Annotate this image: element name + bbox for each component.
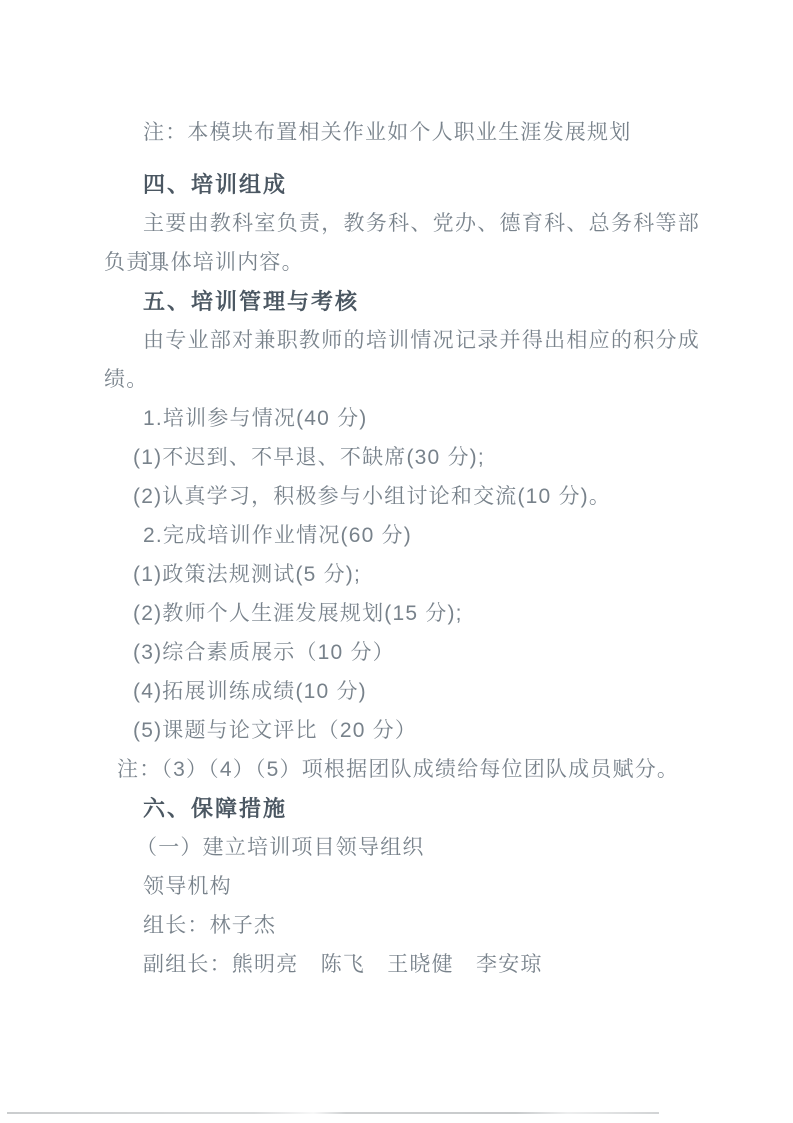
section-heading-4-training-composition: 四、培训组成: [104, 165, 700, 204]
paragraph-line-records-1: 由专业部对兼职教师的培训情况记录并得出相应的积分成: [104, 321, 700, 360]
subitem-2-2-career-plan: (2)教师个人生涯发展规划(15 分);: [104, 594, 700, 633]
paragraph-line-departments-1: 主要由教科室负责，教务科、党办、德育科、总务科等部门: [104, 204, 700, 243]
line-group-leader: 组长：林子杰: [104, 906, 700, 945]
subitem-1-1-attendance: (1)不迟到、不早退、不缺席(30 分);: [104, 438, 700, 477]
note-line-team-score: 注：（3）（4）（5）项根据团队成绩给每位团队成员赋分。: [104, 750, 700, 789]
paragraph-line-records-2: 绩。: [104, 360, 700, 399]
subitem-2-3-quality-show: (3)综合素质展示（10 分）: [104, 633, 700, 672]
subitem-2-4-outward-training: (4)拓展训练成绩(10 分): [104, 672, 700, 711]
subitem-2-1-policy-test: (1)政策法规测试(5 分);: [104, 555, 700, 594]
paragraph-line-departments-2: 负责具体培训内容。: [104, 243, 700, 282]
document-body: 注：本模块布置相关作业如个人职业生涯发展规划 四、培训组成 主要由教科室负责，教…: [104, 113, 700, 984]
line-leadership-body: 领导机构: [104, 867, 700, 906]
section-heading-6-safeguards: 六、保障措施: [104, 789, 700, 828]
item-2-homework-completion: 2.完成培训作业情况(60 分): [104, 516, 700, 555]
scan-artifact-line: [7, 1112, 659, 1114]
item-1-participation: 1.培训参与情况(40 分): [104, 399, 700, 438]
document-page: 注：本模块布置相关作业如个人职业生涯发展规划 四、培训组成 主要由教科室负责，教…: [0, 0, 793, 1123]
subitem-2-5-paper-review: (5)课题与论文评比（20 分）: [104, 711, 700, 750]
note-line-module-homework: 注：本模块布置相关作业如个人职业生涯发展规划: [104, 113, 700, 152]
subsection-1-leadership-org: （一）建立培训项目领导组织: [104, 828, 700, 867]
subitem-1-2-discussion: (2)认真学习，积极参与小组讨论和交流(10 分)。: [104, 477, 700, 516]
section-heading-5-management-assessment: 五、培训管理与考核: [104, 282, 700, 321]
line-deputy-leaders: 副组长：熊明亮 陈飞 王晓健 李安琼: [104, 945, 700, 984]
